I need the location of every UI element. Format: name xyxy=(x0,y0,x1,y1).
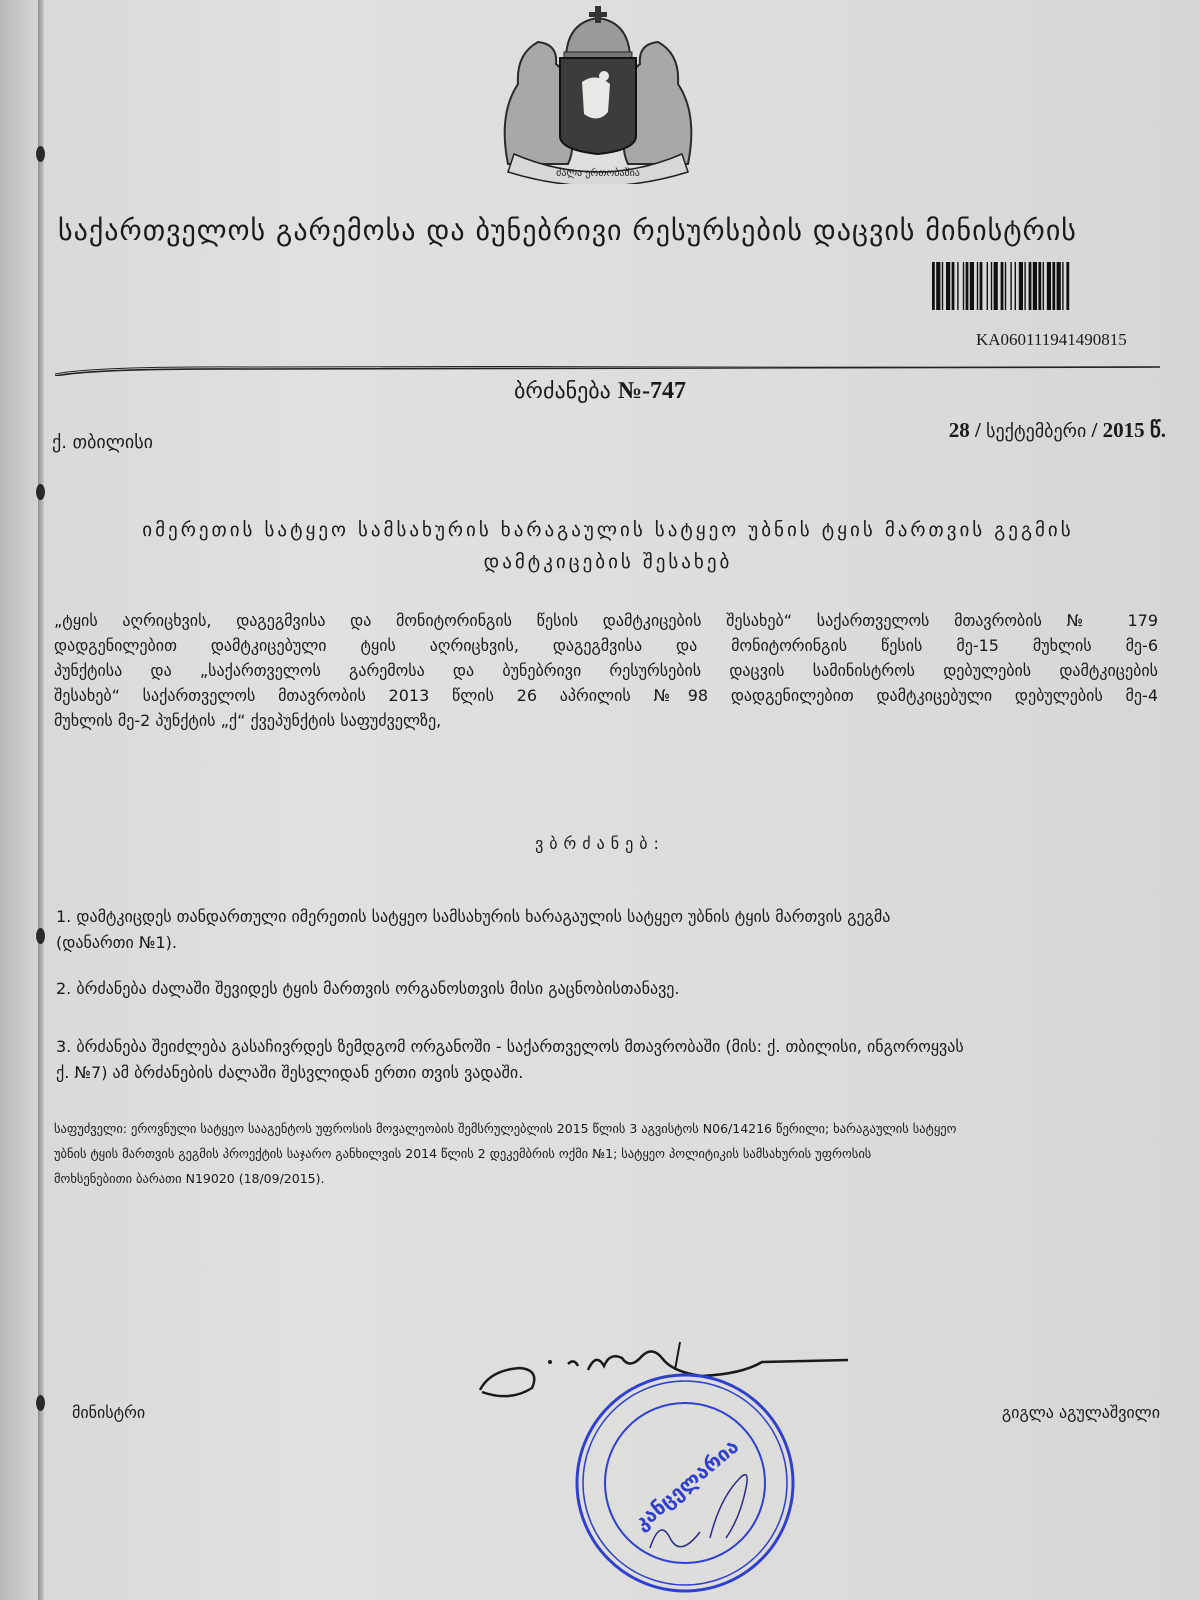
signatory-name: გიგლა აგულაშვილი xyxy=(1002,1403,1160,1422)
official-stamp-icon: კანცელარია xyxy=(570,1368,800,1598)
barcode-number: KA060111941490815 xyxy=(976,330,1127,350)
clause-3: 3. ბრძანება შეიძლება გასაჩივრდეს ზემდგომ… xyxy=(56,1034,1160,1086)
order-word: ვბრძანებ: xyxy=(0,834,1200,853)
order-city: ქ. თბილისი xyxy=(52,432,153,453)
order-date: 28 / სექტემბერი / 2015 წ. xyxy=(949,418,1166,443)
signatory-title: მინისტრი xyxy=(72,1403,145,1422)
binding-hole xyxy=(36,146,45,162)
order-subject: იმერეთის სატყეო სამსახურის ხარაგაულის სა… xyxy=(58,514,1158,578)
barcode-icon xyxy=(932,262,1156,310)
binding-hole xyxy=(36,1395,45,1411)
binding-hole xyxy=(36,484,45,500)
page-binding-edge xyxy=(38,0,44,1600)
clause-2: 2. ბრძანება ძალაში შევიდეს ტყის მართვის … xyxy=(56,976,1160,1002)
coat-of-arms-icon: ძალა ერთობაშია xyxy=(478,4,718,184)
clause-1: 1. დამტკიცდეს თანდართული იმერეთის სატყეო… xyxy=(56,904,1160,956)
preamble: „ტყის აღრიცხვის, დაგეგმვისა და მონიტორინ… xyxy=(54,608,1158,733)
svg-text:ძალა ერთობაშია: ძალა ერთობაშია xyxy=(556,167,640,179)
order-number: ბრძანება №-747 xyxy=(0,378,1200,405)
binding-hole xyxy=(36,928,45,944)
ministry-title: საქართველოს გარემოსა და ბუნებრივი რესურს… xyxy=(58,214,1158,247)
header-divider xyxy=(55,366,1160,376)
basis-note: საფუძველი: ეროვნული სატყეო სააგენტოს უფრ… xyxy=(54,1116,1158,1191)
svg-text:კანცელარია: კანცელარია xyxy=(629,1434,743,1535)
